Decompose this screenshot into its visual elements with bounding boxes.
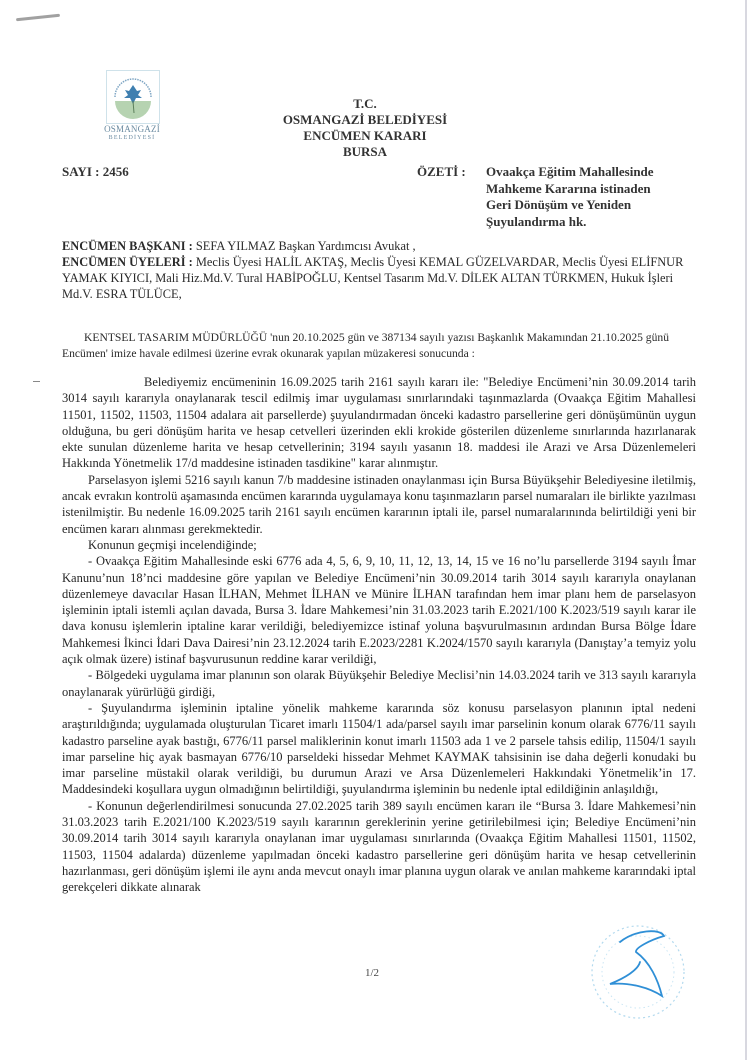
body-paragraph: Konunun geçmişi incelendiğinde; — [62, 537, 696, 553]
body-paragraph: - Ovaakça Eğitim Mahallesinde eski 6776 … — [62, 553, 696, 667]
body-paragraph: - Şuyulandırma işleminin iptaline yöneli… — [62, 700, 696, 798]
page-edge-line — [745, 0, 747, 1060]
summary-text: Ovaakça Eğitim Mahallesinde Mahkeme Kara… — [486, 164, 686, 230]
official-stamp-signature-icon — [580, 922, 720, 1042]
header-municipality: OSMANGAZİ BELEDİYESİ — [240, 112, 490, 128]
summary-label: ÖZETİ : — [417, 164, 466, 180]
header-tc: T.C. — [240, 96, 490, 112]
summary-line: Ovaakça Eğitim Mahallesinde — [486, 164, 686, 181]
leaf-emblem-icon — [106, 70, 160, 124]
committee-chair: ENCÜMEN BAŞKANI : SEFA YILMAZ Başkan Yar… — [62, 238, 697, 254]
logo-subname: BELEDİYESİ — [100, 135, 164, 141]
margin-mark — [33, 381, 40, 382]
decision-number: SAYI : 2456 — [62, 164, 129, 180]
committee-members: ENCÜMEN BAŞKANI : SEFA YILMAZ Başkan Yar… — [62, 238, 697, 302]
pen-mark — [16, 14, 60, 22]
intro-paragraph: KENTSEL TASARIM MÜDÜRLÜĞÜ 'nun 20.10.202… — [62, 330, 697, 362]
body-paragraph: Belediyemiz encümeninin 16.09.2025 tarih… — [62, 374, 696, 472]
municipality-logo: OSMANGAZİ BELEDİYESİ — [104, 70, 160, 148]
header-city: BURSA — [240, 144, 490, 160]
members-label: ENCÜMEN ÜYELERİ : — [62, 255, 193, 269]
committee-members-list: ENCÜMEN ÜYELERİ : Meclis Üyesi HALİL AKT… — [62, 254, 697, 302]
body-paragraph: Parselasyon işlemi 5216 sayılı kanun 7/b… — [62, 472, 696, 537]
chair-label: ENCÜMEN BAŞKANI : — [62, 239, 193, 253]
logo-name: OSMANGAZİ — [100, 124, 164, 134]
summary-line: Geri Dönüşüm ve Yeniden — [486, 197, 686, 214]
page-number: 1/2 — [365, 967, 379, 979]
decision-body: Belediyemiz encümeninin 16.09.2025 tarih… — [62, 374, 696, 896]
body-paragraph: - Konunun değerlendirilmesi sonucunda 27… — [62, 798, 696, 896]
chair-value: SEFA YILMAZ Başkan Yardımcısı Avukat , — [193, 239, 416, 253]
document-header: T.C. OSMANGAZİ BELEDİYESİ ENCÜMEN KARARI… — [240, 96, 490, 160]
summary-line: Şuyulandırma hk. — [486, 214, 686, 231]
header-title: ENCÜMEN KARARI — [240, 128, 490, 144]
body-paragraph: - Bölgedeki uygulama imar planının son o… — [62, 667, 696, 700]
summary-line: Mahkeme Kararına istinaden — [486, 181, 686, 198]
